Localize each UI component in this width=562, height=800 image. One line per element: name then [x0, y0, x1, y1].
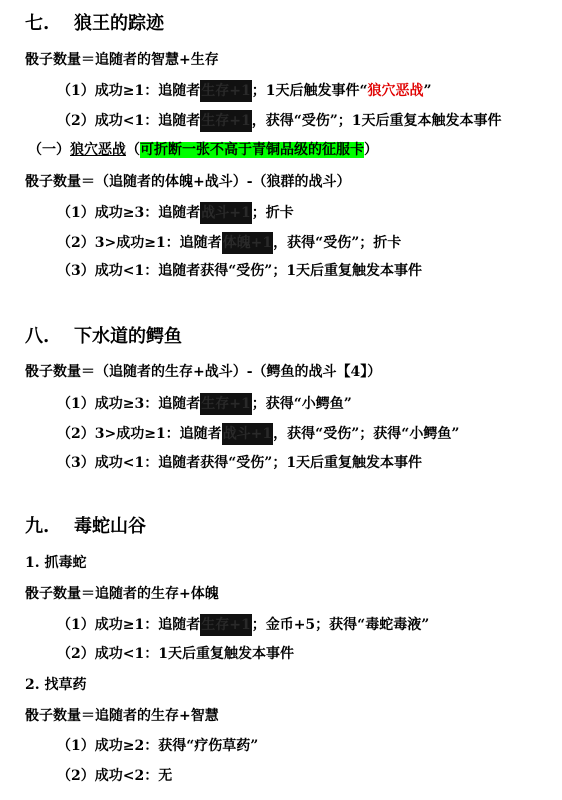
section-title: 狼王的踪迹 [74, 13, 164, 34]
redacted-text: 战斗+1 [200, 202, 251, 224]
result-item: （1）成功≥3：追随者战斗+1；折卡 [57, 202, 294, 224]
result-suffix: ；获得“小鳄鱼” [252, 396, 352, 412]
redacted-text: 生存+1 [200, 393, 251, 415]
paren-open: （ [126, 142, 140, 158]
highlighted-note: 可折断一张不高于青铜品级的征服卡 [140, 142, 364, 158]
close-quote: ” [424, 83, 432, 99]
dice-formula: 骰子数量＝追随者的生存+智慧 [25, 706, 219, 726]
paren-close: ） [364, 142, 378, 158]
section-heading-8: 八.下水道的鳄鱼 [25, 325, 182, 349]
result-prefix: （1）成功≥3：追随者 [57, 205, 200, 221]
redacted-text: 生存+1 [200, 614, 251, 636]
section-number: 九. [25, 515, 74, 539]
subevent-name: 狼穴恶战 [70, 142, 126, 158]
redacted-text: 生存+1 [200, 110, 251, 132]
result-item: （1）成功≥2：获得“疗伤草药” [57, 736, 258, 756]
result-suffix: ，获得“受伤”；获得“小鳄鱼” [273, 426, 459, 442]
dice-formula: 骰子数量＝追随者的生存+体魄 [25, 584, 219, 604]
result-suffix: ；1天后触发事件“ [252, 83, 368, 99]
subsection-heading: 2. 找草药 [25, 675, 87, 695]
result-suffix: ，获得“受伤”；1天后重复本触发本事件 [252, 113, 502, 129]
result-item: （2）成功<2：无 [57, 766, 172, 786]
section-title: 下水道的鳄鱼 [74, 326, 182, 347]
subsection-heading: 1. 抓毒蛇 [25, 553, 87, 573]
redacted-text: 生存+1 [200, 80, 251, 102]
result-prefix: （1）成功≥1：追随者 [57, 83, 200, 99]
redacted-text: 体魄+1 [222, 232, 273, 254]
result-prefix: （1）成功≥3：追随者 [57, 396, 200, 412]
result-item: （3）成功<1：追随者获得“受伤”；1天后重复触发本事件 [57, 453, 422, 473]
result-suffix: ；折卡 [252, 205, 294, 221]
result-item: （2）成功<1：追随者生存+1，获得“受伤”；1天后重复本触发本事件 [57, 110, 502, 132]
result-item: （1）成功≥1：追随者生存+1；1天后触发事件“狼穴恶战” [57, 80, 432, 102]
result-suffix: ；金币+5；获得“毒蛇毒液” [252, 617, 430, 633]
event-name-red: 狼穴恶战 [368, 83, 424, 99]
result-prefix: （2）3>成功≥1：追随者 [57, 426, 222, 442]
result-prefix: （1）成功≥1：追随者 [57, 617, 200, 633]
section-heading-7: 七.狼王的踪迹 [25, 12, 164, 36]
dice-formula: 骰子数量＝（追随者的生存+战斗）-（鳄鱼的战斗【4】） [25, 362, 381, 382]
dice-formula: 骰子数量＝（追随者的体魄+战斗）-（狼群的战斗） [25, 172, 351, 192]
result-suffix: ，获得“受伤”；折卡 [273, 235, 401, 251]
result-prefix: （2）3>成功≥1：追随者 [57, 235, 222, 251]
result-item: （2）成功<1：1天后重复触发本事件 [57, 644, 294, 664]
section-heading-9: 九.毒蛇山谷 [25, 515, 146, 539]
result-item: （2）3>成功≥1：追随者战斗+1，获得“受伤”；获得“小鳄鱼” [57, 423, 459, 445]
subevent-label: （一） [28, 142, 70, 158]
section-number: 八. [25, 325, 74, 349]
result-item: （3）成功<1：追随者获得“受伤”；1天后重复触发本事件 [57, 261, 422, 281]
result-item: （2）3>成功≥1：追随者体魄+1，获得“受伤”；折卡 [57, 232, 401, 254]
redacted-text: 战斗+1 [222, 423, 273, 445]
result-item: （1）成功≥1：追随者生存+1；金币+5；获得“毒蛇毒液” [57, 614, 429, 636]
dice-formula: 骰子数量＝追随者的智慧+生存 [25, 50, 219, 70]
result-item: （1）成功≥3：追随者生存+1；获得“小鳄鱼” [57, 393, 352, 415]
result-prefix: （2）成功<1：追随者 [57, 113, 200, 129]
section-title: 毒蛇山谷 [74, 516, 146, 537]
subevent-heading: （一）狼穴恶战（可折断一张不高于青铜品级的征服卡） [28, 140, 378, 160]
section-number: 七. [25, 12, 74, 36]
